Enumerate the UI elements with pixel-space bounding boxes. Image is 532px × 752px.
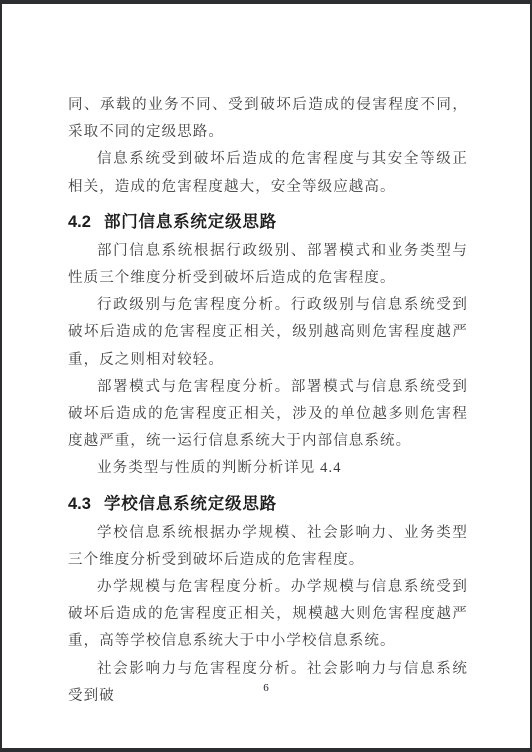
paragraph: 同、承载的业务不同、受到破坏后造成的侵害程度不同，采取不同的定级思路。 (68, 92, 468, 146)
section-number: 4.3 (68, 490, 91, 518)
paragraph: 行政级别与危害程度分析。行政级别与信息系统受到破坏后造成的危害程度正相关，级别越… (68, 292, 468, 374)
page-body: 同、承载的业务不同、受到破坏后造成的侵害程度不同，采取不同的定级思路。信息系统受… (68, 92, 468, 710)
section-title: 部门信息系统定级思路 (104, 208, 277, 236)
paragraph: 学校信息系统根据办学规模、社会影响力、业务类型三个维度分析受到破坏后造成的危害程… (68, 520, 468, 574)
page-number: 6 (2, 682, 530, 694)
section-number: 4.2 (68, 208, 91, 236)
paragraph: 部门信息系统根据行政级别、部署模式和业务类型与性质三个维度分析受到破坏后造成的危… (68, 238, 468, 292)
paragraph: 部署模式与危害程度分析。部署模式与信息系统受到破坏后造成的危害程度正相关，涉及的… (68, 374, 468, 456)
section-heading: 4.3学校信息系统定级思路 (68, 490, 468, 518)
paragraph: 信息系统受到破坏后造成的危害程度与其安全等级正相关，造成的危害程度越大，安全等级… (68, 146, 468, 200)
document-page: 同、承载的业务不同、受到破坏后造成的侵害程度不同，采取不同的定级思路。信息系统受… (0, 0, 532, 752)
section-heading: 4.2部门信息系统定级思路 (68, 208, 468, 236)
section-title: 学校信息系统定级思路 (104, 490, 277, 518)
paragraph: 办学规模与危害程度分析。办学规模与信息系统受到破坏后造成的危害程度正相关，规模越… (68, 574, 468, 656)
paragraph: 业务类型与性质的判断分析详见 4.4 (68, 455, 468, 482)
